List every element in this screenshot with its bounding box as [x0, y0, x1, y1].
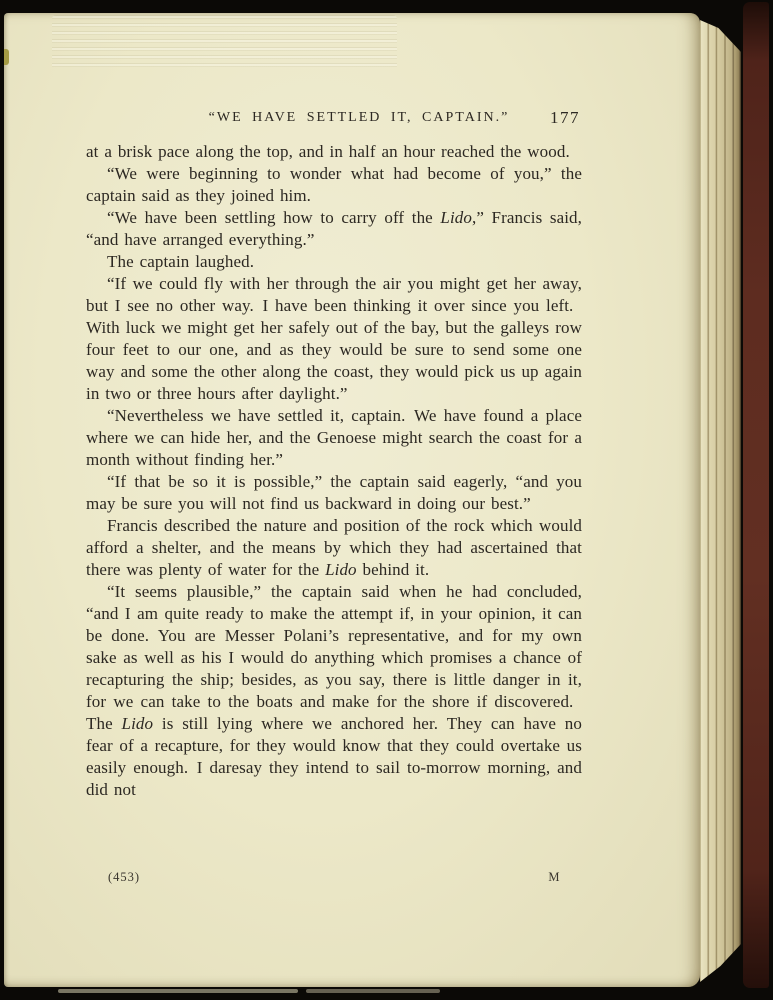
- bottom-page-edge: [306, 989, 440, 993]
- page-header: “WE HAVE SETTLED IT, CAPTAIN.” 177: [86, 110, 580, 132]
- body-text-run: “It seems plausible,” the captain said w…: [86, 582, 582, 733]
- page-texture: [52, 15, 397, 71]
- paragraph: “We were beginning to wonder what had be…: [86, 163, 582, 207]
- body-text-run: “We were beginning to wonder what had be…: [86, 164, 582, 205]
- book-page: “WE HAVE SETTLED IT, CAPTAIN.” 177 at a …: [4, 13, 700, 987]
- book-photo: “WE HAVE SETTLED IT, CAPTAIN.” 177 at a …: [0, 0, 773, 1000]
- paragraph: “We have been settling how to carry off …: [86, 207, 582, 251]
- page-edge-notch: [4, 49, 9, 65]
- bottom-page-edge: [58, 989, 298, 993]
- book-fore-edge: [700, 0, 741, 1000]
- paragraph: “Nevertheless we have settled it, captai…: [86, 405, 582, 471]
- italic-text: Lido: [122, 714, 154, 733]
- body-text-run: behind it.: [357, 560, 430, 579]
- body-text-run: “If we could fly with her through the ai…: [86, 274, 582, 403]
- body-text-run: “We have been settling how to carry off …: [107, 208, 440, 227]
- paragraph: The captain laughed.: [86, 251, 582, 273]
- italic-text: Lido: [325, 560, 357, 579]
- paragraph: “It seems plausible,” the captain said w…: [86, 581, 582, 801]
- signature-mark: (453): [108, 870, 140, 885]
- paragraph: Francis described the nature and positio…: [86, 515, 582, 581]
- body-text-run: The captain laughed.: [107, 252, 254, 271]
- paragraph: at a brisk pace along the top, and in ha…: [86, 141, 582, 163]
- body-text-run: is still lying where we anchored her. Th…: [86, 714, 582, 799]
- paragraph: “If we could fly with her through the ai…: [86, 273, 582, 405]
- italic-text: Lido: [440, 208, 472, 227]
- page-footer: (453) M: [86, 870, 580, 885]
- book-cover: [743, 2, 769, 988]
- body-text-run: at a brisk pace along the top, and in ha…: [86, 142, 570, 161]
- page-number: 177: [550, 108, 580, 128]
- running-title: “WE HAVE SETTLED IT, CAPTAIN.”: [112, 110, 606, 126]
- press-mark: M: [548, 870, 560, 885]
- paragraph: “If that be so it is possible,” the capt…: [86, 471, 582, 515]
- body-text-run: “Nevertheless we have settled it, captai…: [86, 406, 582, 469]
- body-text-run: “If that be so it is possible,” the capt…: [86, 472, 582, 513]
- page-body: at a brisk pace along the top, and in ha…: [86, 141, 582, 801]
